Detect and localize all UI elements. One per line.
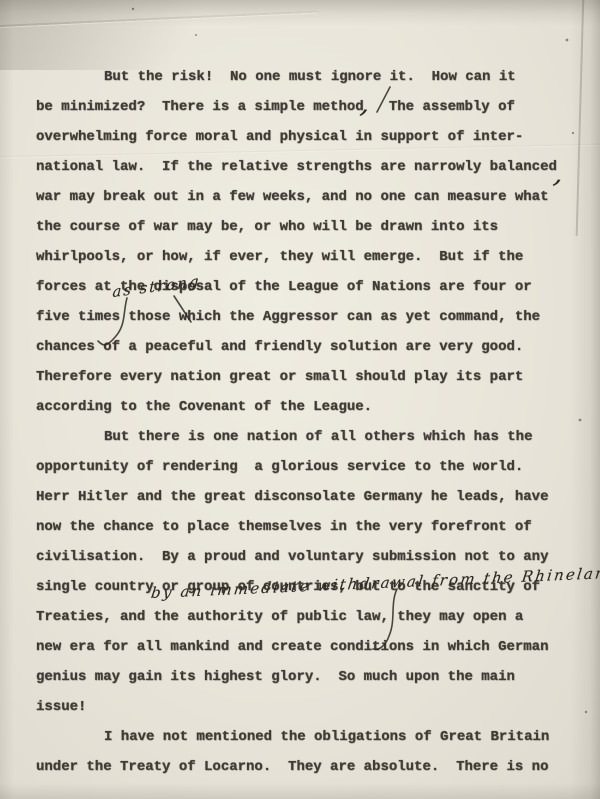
- typescript-line: Therefore every nation great or small sh…: [36, 362, 580, 392]
- typescript-line: chances of a peaceful and friendly solut…: [36, 332, 580, 362]
- page-bottom-shadow: [0, 783, 600, 799]
- page-top-shadow: [0, 0, 600, 26]
- typescript-line: according to the Covenant of the League.: [36, 392, 580, 422]
- paper-crease-top: [0, 11, 318, 28]
- typescript-page: But the risk! No one must ignore it. How…: [0, 0, 600, 799]
- typescript-line: under the Treaty of Locarno. They are ab…: [36, 752, 580, 782]
- typescript-line: civilisation. By a proud and voluntary s…: [36, 542, 580, 572]
- typescript-line: the course of war may be, or who will be…: [36, 212, 580, 242]
- typescript-line: war may break out in a few weeks, and no…: [36, 182, 580, 212]
- typescript-line: But the risk! No one must ignore it. How…: [36, 62, 580, 92]
- typescript-line: be minimized? There is a simple method T…: [36, 92, 580, 122]
- typescript-line: overwhelming force moral and physical in…: [36, 122, 580, 152]
- typescript-line: issue!: [36, 692, 580, 722]
- typescript-line: new era for all mankind and create condi…: [36, 632, 580, 662]
- typescript-line: opportunity of rendering a glorious serv…: [36, 452, 580, 482]
- page-left-shadow: [0, 0, 14, 799]
- typescript-line: five times those which the Aggressor can…: [36, 302, 580, 332]
- typescript-body: But the risk! No one must ignore it. How…: [36, 62, 580, 782]
- typescript-line: genius may gain its highest glory. So mu…: [36, 662, 580, 692]
- typescript-line: national law. If the relative strengths …: [36, 152, 580, 182]
- typescript-line: I have not mentioned the obligations of …: [36, 722, 580, 752]
- typescript-line: now the chance to place themselves in th…: [36, 512, 580, 542]
- page-topleft-shadow: [0, 0, 260, 70]
- typescript-line: whirlpools, or how, if ever, they will e…: [36, 242, 580, 272]
- typescript-line: But there is one nation of all others wh…: [36, 422, 580, 452]
- typescript-line: Treaties, and the authority of public la…: [36, 602, 580, 632]
- typescript-line: Herr Hitler and the great disconsolate G…: [36, 482, 580, 512]
